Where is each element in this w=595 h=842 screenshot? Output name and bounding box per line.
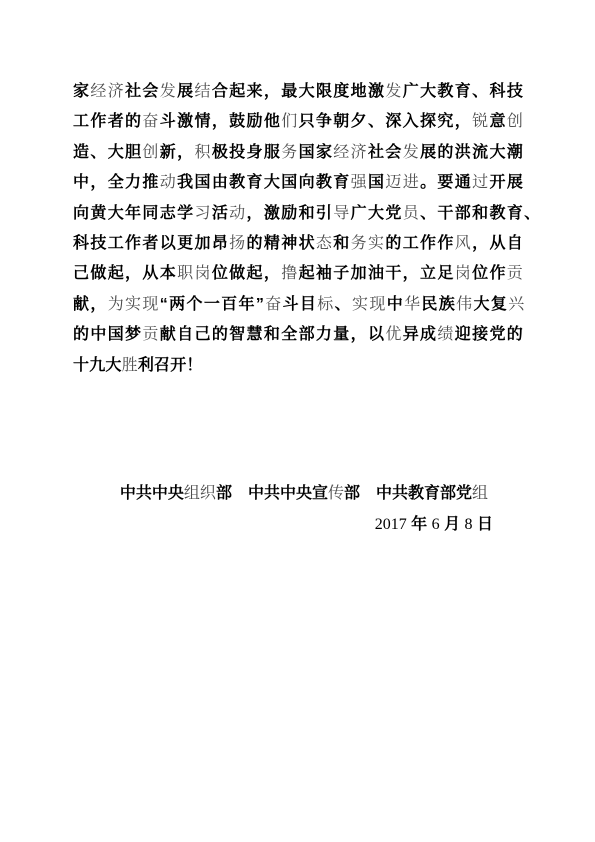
bold-text-run: 的精神状 (247, 235, 316, 252)
bold-text-run: 中，全力推 (73, 174, 160, 191)
light-text-run: 华 (404, 296, 421, 313)
light-text-run: 积 (194, 144, 211, 161)
document-body-text: 家经济社会发展结合起来，最大限度地激发广大教育、科技工作者的奋斗激情，鼓励他们只… (73, 77, 525, 381)
light-text-run: 发 (160, 83, 177, 100)
bold-text-run: 新， (160, 144, 195, 161)
light-text-run: 实现 (352, 296, 387, 313)
bold-text-run: 。要通 (420, 174, 472, 191)
numeral-run: 8 (465, 516, 473, 533)
light-text-run: 标 (317, 296, 334, 313)
body-line: 献，为实现“两个一百年”奋斗目标、实现中华民族伟大复兴 (73, 290, 525, 320)
bold-text-run: 部 中共教育部党 (344, 485, 472, 502)
body-line: 科技工作者以更加昂扬的精神状态和务实的工作作风，从自 (73, 229, 525, 259)
numeral-run: 2017 (375, 516, 407, 533)
signature-departments-line: 中共中央组织部 中共中央宣传部 中共教育部党组 (73, 478, 523, 509)
bold-text-run: 斗激情，鼓励他 (160, 113, 281, 130)
light-text-run: 岗 (455, 265, 472, 282)
light-text-run: 奋 (142, 113, 159, 130)
bold-text-run: 国家 (299, 144, 334, 161)
light-text-run: 伟 (456, 296, 473, 313)
bold-text-run: 只争朝夕、深入探究， (299, 113, 473, 130)
bold-text-run: 向黄大年同志学 (73, 205, 194, 222)
light-text-run: 员 (403, 205, 420, 222)
light-text-run: 奋 (265, 296, 282, 313)
light-text-run: 态 (316, 235, 333, 252)
bold-text-run: ，从自 (472, 235, 524, 252)
bold-text-run: 合起来，最大限度地激 (212, 83, 386, 100)
light-text-run: 优 (385, 326, 402, 343)
bold-text-run: 己做起，从本 (73, 265, 177, 282)
light-text-run: 们 (281, 113, 298, 130)
light-text-run: 创 (507, 113, 524, 130)
bold-text-run: 异成 (403, 326, 438, 343)
bold-text-run: 广大教育、科技 (403, 83, 524, 100)
light-text-run: 动 (229, 205, 246, 222)
light-text-run: 结 (194, 83, 211, 100)
bold-text-run: 广大党 (351, 205, 403, 222)
bold-text-run: 意 (489, 113, 506, 130)
body-line: 家经济社会发展结合起来，最大限度地激发广大教育、科技 (73, 77, 525, 107)
body-line: 造、大胆创新，积极投身服务国家经济社会发展的洪流大潮 (73, 138, 525, 168)
light-text-run: 为实现 (108, 296, 160, 313)
bold-text-run: 部 中共中央宣 (216, 485, 328, 502)
document-page: 家经济社会发展结合起来，最大限度地激发广大教育、科技工作者的奋斗激情，鼓励他们只… (0, 0, 595, 842)
bold-text-run: 的中国梦 (73, 326, 142, 343)
bold-text-run: 献自己的智慧和全部力量，以 (160, 326, 386, 343)
light-text-run: 迈进 (385, 174, 420, 191)
bold-text-run: 极投身服 (212, 144, 281, 161)
bold-text-run: 社会 (368, 144, 403, 161)
bold-text-run: 开展 (489, 174, 524, 191)
light-text-run: 务 (281, 144, 298, 161)
bold-text-run: 活 (212, 205, 229, 222)
body-line: 工作者的奋斗激情，鼓励他们只争朝夕、深入探究，锐意创 (73, 107, 525, 137)
bold-text-run: 我国由教育大国向教育 (177, 174, 351, 191)
body-line: 向黄大年同志学习活动，激励和引导广大党员、干部和教育、 (73, 199, 525, 229)
light-text-run: 经济 (90, 83, 125, 100)
light-text-run: 过 (472, 174, 489, 191)
bold-text-run: 十九大 (73, 357, 122, 374)
bold-text-run: 献， (73, 296, 108, 313)
bold-text-run: 大复 (473, 296, 508, 313)
light-text-run: 组 (472, 485, 488, 502)
light-text-run: 锐 (472, 113, 489, 130)
signature-date-line: 2017 年 6 月 8 日 (73, 509, 523, 540)
light-text-run: 习 (194, 205, 211, 222)
light-text-run: 撸 (281, 265, 298, 282)
bold-text-run: ，激励和引 (247, 205, 334, 222)
body-line: 中，全力推动我国由教育大国向教育强国迈进。要通过开展 (73, 168, 525, 198)
light-text-run: 强 (351, 174, 368, 191)
body-line: 己做起，从本职岗位做起，撸起袖子加油干，立足岗位作贡 (73, 259, 525, 289)
bold-text-run: 工作者的 (73, 113, 142, 130)
bold-text-run: 造、大胆 (73, 144, 142, 161)
light-text-run: 扬 (229, 235, 246, 252)
bold-text-run: 展的洪流大潮 (420, 144, 524, 161)
bold-text-run: 利召开！ (138, 357, 203, 374)
light-text-run: 发 (385, 83, 402, 100)
bold-text-run: “两个一百年” (160, 296, 265, 313)
light-text-run: 传 (328, 485, 344, 502)
bold-text-run: 、 (335, 296, 352, 313)
bold-text-run: 社会 (125, 83, 160, 100)
body-line: 十九大胜利召开！ (73, 351, 525, 381)
bold-text-run: 日 (473, 516, 493, 533)
signature-block: 中共中央组织部 中共中央宣传部 中共教育部党组 2017 年 6 月 8 日 (73, 478, 523, 540)
light-text-run: 动 (160, 174, 177, 191)
bold-text-run: 起袖子加油干，立足 (299, 265, 455, 282)
light-text-run: 导 (333, 205, 350, 222)
bold-text-run: 和 (333, 235, 350, 252)
bold-text-run: 展 (177, 83, 194, 100)
light-text-run: 贡 (507, 265, 524, 282)
bold-text-run: 家 (73, 83, 90, 100)
bold-text-run: 年 (407, 516, 432, 533)
light-text-run: 职岗 (177, 265, 212, 282)
bold-text-run: 位做起， (212, 265, 281, 282)
light-text-run: 贡 (142, 326, 159, 343)
bold-text-run: 迎接党的 (455, 326, 524, 343)
light-text-run: 组织 (184, 485, 216, 502)
bold-text-run: 、干部和教育、 (420, 205, 541, 222)
bold-text-run: 科技工作者以更加昂 (73, 235, 229, 252)
numeral-run: 6 (432, 516, 440, 533)
bold-text-run: 的工作作 (385, 235, 454, 252)
bold-text-run: 国 (368, 174, 385, 191)
light-text-run: 发 (403, 144, 420, 161)
bold-text-run: 中共中央 (120, 485, 184, 502)
light-text-run: 风 (455, 235, 472, 252)
bold-text-run: 月 (440, 516, 465, 533)
light-text-run: 兴 (508, 296, 525, 313)
bold-text-run: 中 (387, 296, 404, 313)
bold-text-run: 斗目 (283, 296, 318, 313)
bold-text-run: 位作 (472, 265, 507, 282)
bold-text-run: 民族 (421, 296, 456, 313)
light-text-run: 创 (142, 144, 159, 161)
light-text-run: 绩 (437, 326, 454, 343)
light-text-run: 务实 (351, 235, 386, 252)
light-text-run: 经济 (333, 144, 368, 161)
light-text-run: 胜 (122, 357, 138, 374)
body-line: 的中国梦贡献自己的智慧和全部力量，以优异成绩迎接党的 (73, 320, 525, 350)
